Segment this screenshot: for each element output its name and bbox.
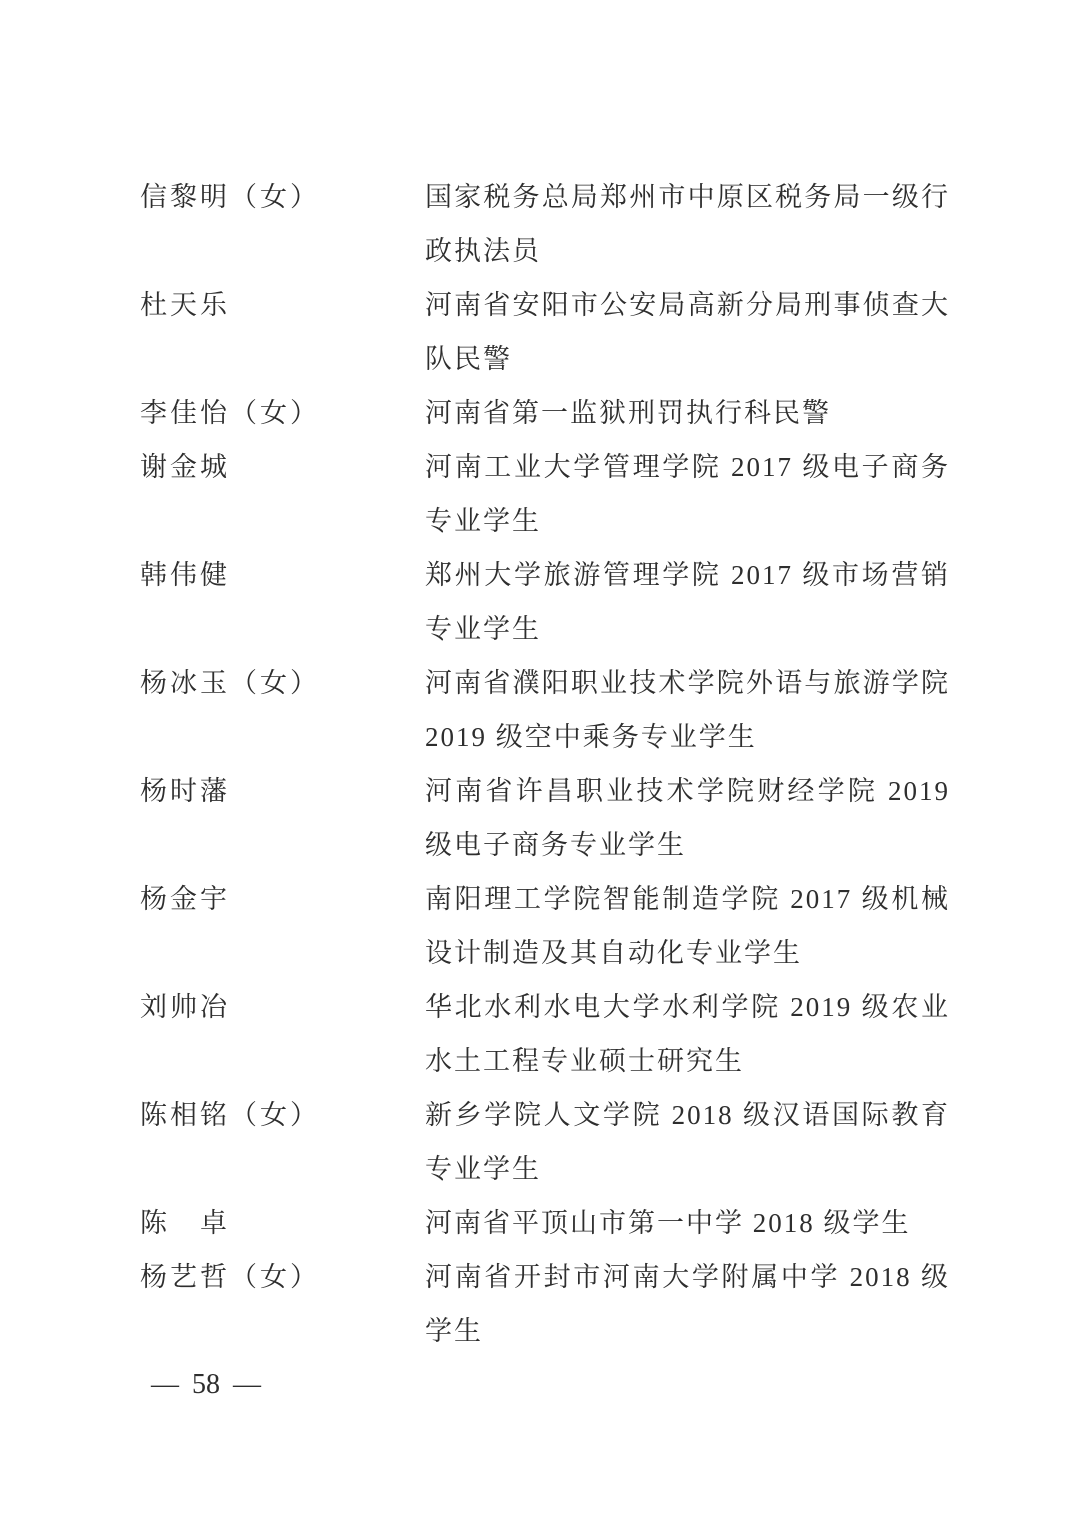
entry-name: 韩伟健 [140, 548, 425, 602]
entry-row: 刘帅冶 华北水利水电大学水利学院 2019 级农业水土工程专业硕士研究生 [140, 980, 950, 1088]
entry-description: 河南省开封市河南大学附属中学 2018 级学生 [425, 1250, 950, 1358]
entry-description: 河南省第一监狱刑罚执行科民警 [425, 386, 950, 440]
entry-name: 杜天乐 [140, 278, 425, 332]
entry-description: 河南省平顶山市第一中学 2018 级学生 [425, 1196, 950, 1250]
entry-row: 杨金宇 南阳理工学院智能制造学院 2017 级机械设计制造及其自动化专业学生 [140, 872, 950, 980]
entry-description: 南阳理工学院智能制造学院 2017 级机械设计制造及其自动化专业学生 [425, 872, 950, 980]
entry-row: 韩伟健 郑州大学旅游管理学院 2017 级市场营销专业学生 [140, 548, 950, 656]
entry-row: 谢金城 河南工业大学管理学院 2017 级电子商务专业学生 [140, 440, 950, 548]
entry-name: 杨时藩 [140, 764, 425, 818]
footer-left-dash: — [151, 1358, 179, 1412]
entry-description: 河南省濮阳职业技术学院外语与旅游学院 2019 级空中乘务专业学生 [425, 656, 950, 764]
entry-name: 陈 卓 [140, 1196, 425, 1250]
roster: 信黎明（女） 国家税务总局郑州市中原区税务局一级行政执法员 杜天乐 河南省安阳市… [140, 170, 950, 1358]
entry-name: 杨艺哲（女） [140, 1250, 425, 1304]
entry-row: 陈相铭（女） 新乡学院人文学院 2018 级汉语国际教育专业学生 [140, 1088, 950, 1196]
entry-description: 河南省许昌职业技术学院财经学院 2019 级电子商务专业学生 [425, 764, 950, 872]
entry-description: 河南省安阳市公安局高新分局刑事侦查大队民警 [425, 278, 950, 386]
entry-name: 杨冰玉（女） [140, 656, 425, 710]
entry-description: 新乡学院人文学院 2018 级汉语国际教育专业学生 [425, 1088, 950, 1196]
entry-row: 李佳怡（女） 河南省第一监狱刑罚执行科民警 [140, 386, 950, 440]
entry-row: 杨艺哲（女） 河南省开封市河南大学附属中学 2018 级学生 [140, 1250, 950, 1358]
entry-row: 陈 卓 河南省平顶山市第一中学 2018 级学生 [140, 1196, 950, 1250]
page-number: 58 [192, 1358, 220, 1412]
entry-description: 国家税务总局郑州市中原区税务局一级行政执法员 [425, 170, 950, 278]
entry-name: 谢金城 [140, 440, 425, 494]
entry-row: 杜天乐 河南省安阳市公安局高新分局刑事侦查大队民警 [140, 278, 950, 386]
entry-name: 陈相铭（女） [140, 1088, 425, 1142]
footer-right-dash: — [233, 1358, 261, 1412]
entry-description: 华北水利水电大学水利学院 2019 级农业水土工程专业硕士研究生 [425, 980, 950, 1088]
document-page: 信黎明（女） 国家税务总局郑州市中原区税务局一级行政执法员 杜天乐 河南省安阳市… [0, 0, 1080, 1527]
page-footer: — 58 — [151, 1358, 261, 1412]
entry-name: 李佳怡（女） [140, 386, 425, 440]
entry-name: 刘帅冶 [140, 980, 425, 1034]
entry-row: 信黎明（女） 国家税务总局郑州市中原区税务局一级行政执法员 [140, 170, 950, 278]
entry-name: 信黎明（女） [140, 170, 425, 224]
entry-description: 郑州大学旅游管理学院 2017 级市场营销专业学生 [425, 548, 950, 656]
entry-description: 河南工业大学管理学院 2017 级电子商务专业学生 [425, 440, 950, 548]
entry-row: 杨时藩 河南省许昌职业技术学院财经学院 2019 级电子商务专业学生 [140, 764, 950, 872]
entry-row: 杨冰玉（女） 河南省濮阳职业技术学院外语与旅游学院 2019 级空中乘务专业学生 [140, 656, 950, 764]
entry-name: 杨金宇 [140, 872, 425, 926]
